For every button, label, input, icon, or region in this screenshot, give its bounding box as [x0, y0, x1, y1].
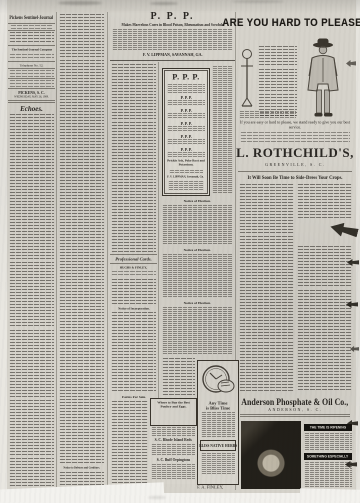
- rothchild-headline: ARE YOU HARD TO PLEASE?: [238, 15, 352, 28]
- text-lines: [162, 358, 195, 396]
- incorporation-heading: Notice of Incorporation.: [110, 306, 157, 310]
- divider: [8, 61, 55, 62]
- divider: [240, 416, 350, 417]
- divider: [240, 414, 350, 415]
- scan-smudge: [150, 2, 178, 5]
- ppp-box-tagline: Prickly Ash, Poke Root and Potassium.: [163, 159, 209, 168]
- text-lines: [9, 204, 54, 260]
- text-lines: [304, 433, 352, 451]
- divider: [238, 171, 352, 172]
- notice-of-election-heading: Notice of Election.: [161, 199, 233, 203]
- text-lines: [239, 342, 294, 392]
- text-lines: [167, 152, 205, 157]
- text-lines: [162, 205, 232, 245]
- text-lines: [304, 462, 352, 488]
- text-lines: [151, 464, 195, 480]
- text-lines: [111, 182, 156, 252]
- divider: [110, 60, 235, 61]
- poultry-headline: Where to Buy the Best Poultry and Eggs.: [152, 401, 195, 418]
- masthead-date: WEDNESDAY, MAY 26, 1909.: [8, 95, 55, 99]
- professional-cards-name: HUGHS & FINLEY,: [110, 265, 157, 269]
- text-lines: [167, 100, 205, 106]
- anderson-name: Anderson Phosphate & Oil Co.,: [238, 396, 352, 407]
- text-lines: [111, 312, 156, 392]
- text-lines: [239, 236, 294, 288]
- text-lines: [167, 139, 205, 145]
- text-lines: [212, 66, 233, 194]
- text-lines: [168, 181, 204, 191]
- text-lines: [258, 69, 297, 91]
- text-lines: [111, 401, 148, 491]
- notice-of-election-heading: Notice of Election.: [161, 301, 233, 305]
- lead-article-heading: Echoes.: [8, 104, 55, 113]
- text-lines: [201, 453, 235, 475]
- ppp-top-tagline: Makes Marvelous Cures in Blood Poison, R…: [110, 22, 235, 27]
- ppp-box-signature: F. V. LIPPMAN, Savannah, Ga.: [163, 175, 209, 179]
- professional-cards-heading: Professional Cards.: [110, 256, 157, 262]
- bliss-signature: F. A. FINLEY,: [186, 484, 234, 489]
- ppp-box-mark: P. P. P.: [163, 121, 209, 125]
- text-lines: [9, 70, 54, 77]
- text-lines: [201, 412, 235, 438]
- text-lines: [297, 290, 352, 342]
- text-lines: [162, 254, 232, 298]
- watch-ad-bar-1: THE TIME IS RIPENING: [304, 424, 352, 431]
- divider: [8, 23, 55, 24]
- text-lines: [297, 344, 352, 392]
- ppp-box-mark: P. P. P.: [163, 95, 209, 99]
- ppp-top-ad: P. P. P. Makes Marvelous Cures in Blood …: [110, 11, 235, 59]
- text-lines: [9, 114, 54, 154]
- rothchild-city: GREENVILLE, S. C.: [238, 162, 352, 167]
- divider: [110, 263, 157, 264]
- text-lines: [9, 80, 54, 87]
- text-lines: [59, 240, 104, 298]
- notice-of-election-heading: Notice of Election.: [161, 248, 233, 252]
- bliss-brand: BLISS NATIVE HERBS: [200, 440, 236, 451]
- debtors-notice-heading: Notice to Debtors and Creditors.: [58, 466, 105, 470]
- divider: [8, 102, 55, 103]
- masthead-telephone: Telephone No. 52.: [8, 63, 55, 67]
- text-lines: [59, 360, 104, 418]
- divider: [8, 68, 55, 69]
- bliss-ad: Any Time is Bliss Time BLISS NATIVE HERB…: [197, 360, 239, 485]
- text-lines: [59, 180, 104, 238]
- column-rule: [107, 12, 108, 492]
- divider: [8, 30, 55, 31]
- text-lines: [297, 184, 352, 220]
- text-lines: [9, 54, 54, 60]
- text-lines: [169, 170, 203, 174]
- text-lines: [9, 32, 54, 44]
- divider: [8, 88, 55, 89]
- text-lines: [239, 184, 294, 234]
- scan-bottom-edge: [300, 488, 360, 499]
- text-lines: [10, 25, 53, 29]
- text-lines: [239, 290, 294, 340]
- text-lines: [111, 271, 156, 277]
- text-lines: [9, 156, 54, 202]
- hat-stand-illustration: [239, 48, 256, 108]
- text-lines: [151, 444, 195, 456]
- divider: [8, 45, 55, 46]
- clock-illustration: [201, 363, 235, 399]
- divider: [110, 254, 157, 255]
- pointing-hand-icon: [329, 220, 360, 240]
- text-lines: [258, 46, 297, 66]
- rothchild-lead: If you are easy or hard to please, we st…: [238, 120, 352, 130]
- newspaper-page: Pickens Sentinel-Journal The Sentinel-Jo…: [0, 0, 360, 503]
- masthead-publisher: The Sentinel-Journal Company: [8, 47, 55, 52]
- text-lines: [162, 307, 232, 355]
- text-lines: [111, 279, 156, 304]
- scan-smudge: [58, 1, 102, 5]
- text-lines: [111, 64, 156, 120]
- text-lines: [59, 14, 104, 58]
- text-lines: [59, 420, 104, 464]
- scan-smudge: [232, 0, 284, 3]
- text-lines: [167, 84, 205, 93]
- poultry-headline-box: Where to Buy the Best Poultry and Eggs.: [150, 398, 197, 426]
- ppp-box-mark: P. P. P.: [163, 134, 209, 138]
- ppp-box-title: P. P. P.: [163, 72, 209, 82]
- ppp-top-signature: F. V. LIPPMAN, SAVANNAH, GA.: [110, 51, 235, 58]
- man-illustration: [299, 36, 347, 120]
- text-lines: [112, 29, 233, 51]
- scan-margin-right: [356, 0, 360, 503]
- divider: [8, 78, 55, 79]
- poultry-breed-2: S. C. Buff Orpingtons: [150, 458, 196, 462]
- ppp-box-mark: P. P. P.: [163, 147, 209, 151]
- text-lines: [9, 458, 54, 488]
- text-lines: [239, 111, 296, 118]
- anderson-headline: It Will Soon Be Time to Side-Dress Your …: [238, 174, 352, 181]
- poultry-ad: Where to Buy the Best Poultry and Eggs. …: [150, 398, 197, 484]
- anderson-city: ANDERSON, S. C.: [238, 407, 352, 412]
- text-lines: [9, 400, 54, 456]
- text-lines: [59, 300, 104, 358]
- text-lines: [167, 126, 205, 132]
- ppp-box-mark: P. P. P.: [163, 108, 209, 112]
- scan-margin-left: [0, 0, 7, 503]
- text-lines: [111, 122, 156, 180]
- divider: [8, 100, 55, 101]
- pocket-watch-photo: [241, 421, 301, 489]
- poultry-breed-1: S. C. Rhode Island Reds: [150, 438, 196, 442]
- watch-ad-bar-2: SOMETHING ESPECIALLY: [304, 453, 352, 460]
- text-lines: [9, 330, 54, 398]
- ppp-top-title: P. P. P.: [110, 11, 235, 22]
- text-lines: [59, 120, 104, 178]
- column-rule: [56, 12, 57, 492]
- text-lines: [9, 262, 54, 328]
- masthead-title: Pickens Sentinel-Journal: [8, 13, 55, 22]
- scan-smudge: [148, 496, 166, 499]
- pointing-hand-icon: [346, 60, 356, 67]
- ppp-box-ad: P. P. P. P. P. P. P. P. P. P. P. P. P. P…: [162, 68, 210, 196]
- bliss-line-2: is Bliss Time: [198, 405, 238, 410]
- text-lines: [59, 60, 104, 118]
- rothchild-name: L. ROTHCHILD'S,: [238, 145, 352, 161]
- text-lines: [240, 132, 350, 143]
- text-lines: [151, 427, 195, 436]
- text-lines: [167, 113, 205, 119]
- text-lines: [297, 246, 352, 288]
